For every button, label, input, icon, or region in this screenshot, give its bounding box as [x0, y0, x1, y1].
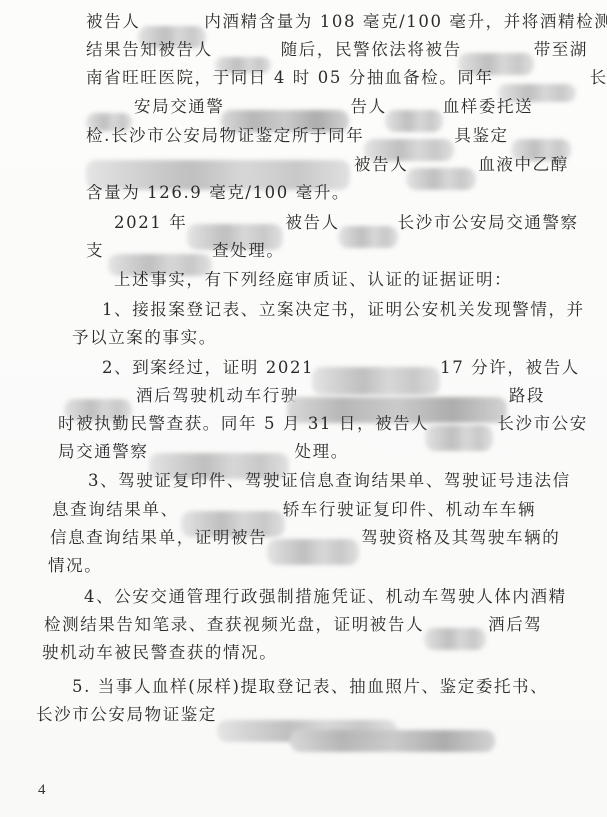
text-line: 予以立案的事实。 — [72, 328, 217, 350]
text-line: 被告人血液中乙醇 — [86, 155, 569, 177]
text-segment: 带至湖 — [534, 40, 588, 60]
text-segment: 被告人 — [86, 12, 140, 32]
text-line: 南省旺旺医院，于同日 4 时 05 分抽血备检。同年长 — [86, 68, 607, 90]
text-segment: 路段 — [509, 386, 545, 406]
text-segment: 血样委托送 — [443, 97, 534, 117]
text-line: 被告人内酒精含量为 108 毫克/100 毫升，并将酒精检测 — [86, 12, 607, 34]
text-line: 长沙市公安局物证鉴定 — [36, 705, 417, 727]
text-segment: 支 — [86, 241, 104, 261]
text-segment: 1、接报案登记表、立案决定书，证明公安机关发现警情，并 — [102, 300, 585, 320]
document-page: 被告人内酒精含量为 108 毫克/100 毫升，并将酒精检测 结果告知被告人随后… — [0, 0, 607, 817]
text-segment: 轿车行驶证复印件、机动车车辆 — [283, 500, 536, 520]
text-line: 3、驾驶证复印件、驾驶证信息查询结果单、驾驶证号违法信 — [88, 471, 571, 493]
text-segment: 长沙市公安 — [497, 414, 588, 434]
text-line: 结果告知被告人随后，民警依法将被告带至湖 — [86, 40, 588, 62]
text-segment: 息查询结果单、 — [52, 500, 179, 520]
text-segment: 17 分许，被告人 — [440, 358, 580, 378]
text-segment: 含量为 126.9 毫克/100 毫升。 — [86, 183, 350, 203]
text-segment: 被告人 — [354, 155, 408, 175]
text-segment: 驶机动车被民警查获的情况。 — [42, 643, 277, 663]
text-segment: 处理。 — [295, 442, 349, 462]
text-line: 情况。 — [48, 556, 102, 578]
text-line: 时被执勤民警查获。同年 5 月 31 日，被告人长沙市公安 — [58, 414, 588, 436]
text-line: 酒后驾驶机动车行驶路段 — [64, 386, 545, 408]
text-line: 支查处理。 — [86, 241, 285, 263]
text-segment: 驾驶资格及其驾驶车辆的 — [361, 528, 560, 548]
text-segment: 具鉴定 — [454, 126, 508, 146]
text-segment: 2、到案经过，证明 2021 — [102, 358, 314, 378]
text-segment: 予以立案的事实。 — [72, 328, 217, 348]
text-segment: 时被执勤民警查获。同年 5 月 31 日，被告人 — [58, 414, 429, 434]
text-segment: 检.长沙市公安局物证鉴定所于同年 — [86, 126, 364, 146]
text-line: 安局交通警告人血样委托送 — [86, 97, 533, 119]
text-line: 上述事实，有下列经庭审质证、认证的证据证明： — [114, 270, 512, 292]
text-segment: 情况。 — [48, 556, 102, 576]
text-segment: 酒后驾 — [488, 615, 542, 635]
text-line: 4、公安交通管理行政强制措施凭证、机动车驾驶人体内酒精 — [84, 587, 567, 609]
text-line: 检.长沙市公安局物证鉴定所于同年具鉴定 — [86, 126, 569, 148]
text-segment: 3、驾驶证复印件、驾驶证信息查询结果单、驾驶证号违法信 — [88, 471, 571, 491]
text-segment: 长 — [590, 68, 607, 88]
text-segment: 2021 年 — [114, 213, 187, 233]
text-segment: 长沙市公安局物证鉴定 — [36, 705, 217, 725]
text-segment: 告人 — [351, 97, 387, 117]
text-segment: 血液中乙醇 — [478, 155, 569, 175]
text-segment: 查处理。 — [212, 241, 284, 261]
text-segment: 内酒精含量为 108 毫克/100 毫升，并将酒精检测 — [204, 12, 607, 32]
page-number: 4 — [38, 782, 46, 799]
text-line: 1、接报案登记表、立案决定书，证明公安机关发现警情，并 — [102, 300, 585, 322]
text-segment: 局交通警察 — [58, 442, 149, 462]
text-line: 5. 当事人血样(尿样)提取登记表、抽血照片、鉴定委托书、 — [72, 677, 548, 699]
text-line: 检测结果告知笔录、查获视频光盘，证明被告人酒后驾 — [44, 615, 542, 637]
text-segment: 信息查询结果单，证明被告 — [50, 528, 267, 548]
text-line: 息查询结果单、轿车行驶证复印件、机动车车辆 — [52, 500, 536, 522]
text-segment: 上述事实，有下列经庭审质证、认证的证据证明： — [114, 270, 512, 290]
text-segment: 结果告知被告人 — [86, 40, 213, 60]
text-segment: 5. 当事人血样(尿样)提取登记表、抽血照片、鉴定委托书、 — [72, 677, 548, 697]
text-line: 2、到案经过，证明 202117 分许，被告人 — [102, 358, 580, 380]
text-line: 含量为 126.9 毫克/100 毫升。 — [86, 183, 350, 205]
text-line: 局交通警察处理。 — [58, 442, 349, 464]
text-segment: 4、公安交通管理行政强制措施凭证、机动车驾驶人体内酒精 — [84, 587, 567, 607]
text-segment: 南省旺旺医院，于同日 4 时 05 分抽血备检。同年 — [86, 68, 494, 88]
text-line: 驶机动车被民警查获的情况。 — [42, 643, 277, 665]
text-line: 2021 年被告人长沙市公安局交通警察 — [114, 213, 579, 235]
text-segment: 长沙市公安局交通警察 — [398, 213, 579, 233]
text-segment: 被告人 — [285, 213, 339, 233]
text-segment: 安局交通警 — [134, 97, 225, 117]
text-segment: 随后，民警依法将被告 — [281, 40, 462, 60]
redacted-region — [290, 730, 495, 752]
text-segment: 检测结果告知笔录、查获视频光盘，证明被告人 — [44, 615, 424, 635]
text-line: 信息查询结果单，证明被告驾驶资格及其驾驶车辆的 — [50, 528, 560, 550]
text-segment: 酒后驾驶机动车行驶 — [136, 386, 299, 406]
